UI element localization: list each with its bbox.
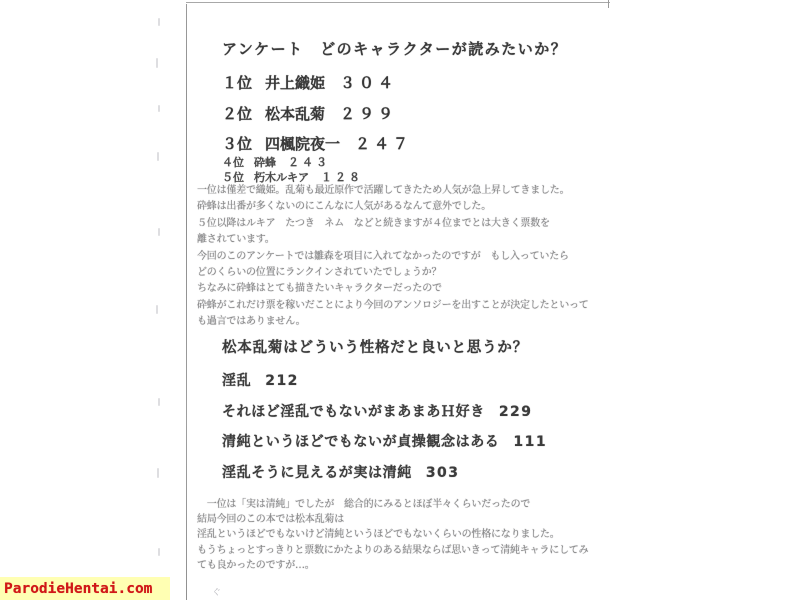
commentary-line: 今回のこのアンケートでは雛森を項目に入れてなかったのですが もし入っていたら: [197, 249, 597, 265]
scan-speck: [158, 105, 160, 112]
survey2-title: 松本乱菊はどういう性格だと良いと思うか？: [222, 336, 528, 357]
scan-speck: [157, 468, 159, 478]
commentary-line: 砕蜂がこれだけ票を稼いだことにより今回のアンソロジーを出すことが決定したといって: [197, 298, 597, 314]
character-name: 松本乱菊: [265, 105, 325, 123]
survey1-rank-row: ４位砕蜂２４３: [222, 154, 330, 170]
commentary-line: ても良かったのですが…。: [197, 558, 597, 573]
commentary-line: 一位は僅差で織姫。乱菊も最近原作で活躍してきたため人気が急上昇してきました。: [197, 183, 597, 199]
rank-label: ２位: [222, 105, 252, 123]
page-top-edge: [186, 2, 610, 3]
survey2-option-row: 淫乱そうに見えるが実は清純303: [222, 462, 460, 482]
commentary-line: も過言ではありません。: [197, 314, 597, 330]
survey2-option-row: 清純というほどでもないが貞操観念はある111: [222, 431, 547, 451]
scan-speck: [158, 18, 160, 26]
commentary-line: ちなみに砕蜂はとても描きたいキャラクターだったので: [197, 281, 597, 297]
commentary-line: 淫乱というほどでもないけど清純というほどでもないくらいの性格になりました。: [197, 527, 597, 542]
character-name: 砕蜂: [254, 156, 276, 169]
scan-speck: [158, 548, 160, 556]
commentary-line: ５位以降はルキア たつき ネム などと続きますが４位までとは大きく票数を: [197, 216, 597, 232]
survey2-commentary: 一位は「実は清純」でしたが 総合的にみるとほぼ半々くらいだったので 結局今回のこ…: [197, 497, 597, 573]
scan-speck: [158, 228, 160, 236]
survey2-option-row: それほど淫乱でもないがまあまあＨ好き229: [222, 401, 533, 421]
option-label: 清純というほどでもないが貞操観念はある: [222, 434, 499, 450]
vote-count: 229: [499, 404, 533, 420]
watermark-text: ParodieHentai.com: [0, 581, 152, 597]
rank-label: ３位: [222, 135, 252, 153]
vote-count: ２９９: [340, 105, 397, 123]
survey1-commentary: 一位は僅差で織姫。乱菊も最近原作で活躍してきたため人気が急上昇してきました。 砕…: [197, 183, 597, 331]
vote-count: 303: [426, 465, 460, 481]
survey2-option-row: 淫乱212: [222, 370, 299, 390]
scan-speck: [158, 398, 160, 406]
option-label: それほど淫乱でもないがまあまあＨ好き: [222, 404, 485, 420]
option-label: 淫乱: [222, 373, 251, 389]
scan-speck: [156, 305, 158, 314]
vote-count: ２４３: [288, 156, 330, 169]
character-name: 井上織姫: [265, 74, 325, 92]
vote-count: 212: [265, 373, 299, 389]
vote-count: ３０４: [340, 74, 397, 92]
watermark-strip: ParodieHentai.com: [0, 577, 170, 600]
vote-count: 111: [513, 434, 547, 450]
option-label: 淫乱そうに見えるが実は清純: [222, 465, 412, 481]
rank-label: ４位: [222, 156, 244, 169]
commentary-line: 離されています。: [197, 232, 597, 248]
survey1-title: アンケート どのキャラクターが読みたいか？: [222, 38, 567, 59]
vote-count: ２４７: [355, 135, 412, 153]
commentary-line: 結局今回のこの本では松本乱菊は: [197, 512, 597, 527]
survey1-rank-row: ３位四楓院夜一２４７: [222, 133, 412, 154]
commentary-line: 一位は「実は清純」でしたが 総合的にみるとほぼ半々くらいだったので: [197, 497, 597, 512]
scan-speck: [156, 58, 158, 68]
scanned-page: アンケート どのキャラクターが読みたいか？ １位井上織姫３０４ ２位松本乱菊２９…: [0, 0, 800, 600]
rank-label: １位: [222, 74, 252, 92]
commentary-line: 砕蜂は出番が多くないのにこんなに人気があるなんて意外でした。: [197, 199, 597, 215]
character-name: 四楓院夜一: [265, 135, 340, 153]
survey1-rank-row: １位井上織姫３０４: [222, 72, 397, 93]
page-top-edge-tick: [608, 0, 609, 8]
commentary-line: もうちょっとすっきりと票数にかたよりのある結果ならば思いきって清純キャラにしてみ: [197, 543, 597, 558]
page-left-edge: [186, 4, 187, 600]
scan-stray-mark: ぐ: [212, 585, 221, 598]
survey1-rank-row: ２位松本乱菊２９９: [222, 103, 397, 124]
scan-speck: [157, 152, 159, 161]
commentary-line: どのくらいの位置にランクインされていたでしょうか？: [197, 265, 597, 281]
